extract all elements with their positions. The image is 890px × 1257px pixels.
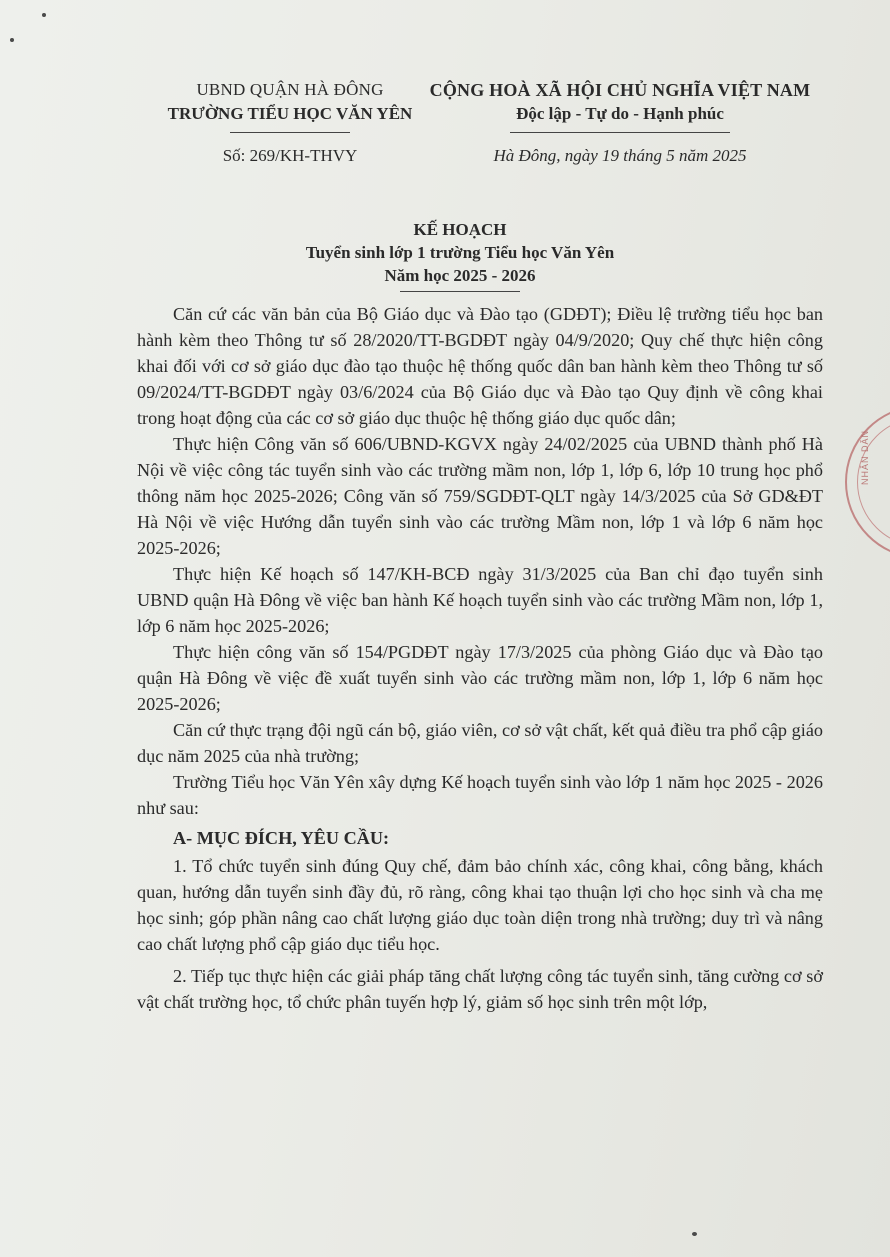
document-page: UBND QUẬN HÀ ĐÔNG TRƯỜNG TIỂU HỌC VĂN YÊ… <box>0 0 890 1257</box>
paragraph: Căn cứ thực trạng đội ngũ cán bộ, giáo v… <box>137 717 823 769</box>
issuer-underline <box>230 132 350 133</box>
scan-speck <box>692 1232 697 1236</box>
document-type: KẾ HOẠCH <box>250 218 670 241</box>
issuer-block: UBND QUẬN HÀ ĐÔNG TRƯỜNG TIỂU HỌC VĂN YÊ… <box>130 78 450 133</box>
paragraph: Thực hiện công văn số 154/PGDĐT ngày 17/… <box>137 639 823 717</box>
section-a-heading: A- MỤC ĐÍCH, YÊU CẦU: <box>137 823 823 853</box>
document-title: KẾ HOẠCH Tuyển sinh lớp 1 trường Tiểu họ… <box>250 218 670 292</box>
school-name: TRƯỜNG TIỂU HỌC VĂN YÊN <box>130 102 450 126</box>
section-a-item: 1. Tổ chức tuyển sinh đúng Quy chế, đảm … <box>137 853 823 957</box>
section-a-item: 2. Tiếp tục thực hiện các giải pháp tăng… <box>137 963 823 1015</box>
authority-name: UBND QUẬN HÀ ĐÔNG <box>130 78 450 102</box>
national-header: CỘNG HOÀ XÃ HỘI CHỦ NGHĨA VIỆT NAM Độc l… <box>420 78 820 133</box>
place-date: Hà Đông, ngày 19 tháng 5 năm 2025 <box>420 146 820 166</box>
paragraph: Thực hiện Kế hoạch số 147/KH-BCĐ ngày 31… <box>137 561 823 639</box>
paragraph: Căn cứ các văn bản của Bộ Giáo dục và Đà… <box>137 301 823 431</box>
scan-speck <box>42 13 46 17</box>
school-year: Năm học 2025 - 2026 <box>250 264 670 287</box>
document-number: Số: 269/KH-THVY <box>130 146 450 166</box>
document-subject: Tuyển sinh lớp 1 trường Tiểu học Văn Yên <box>250 241 670 264</box>
title-underline <box>400 291 520 292</box>
national-motto: Độc lập - Tự do - Hạnh phúc <box>420 102 820 126</box>
stamp-text: NHÂN DÂN <box>860 430 870 485</box>
paragraph: Thực hiện Công văn số 606/UBND-KGVX ngày… <box>137 431 823 561</box>
paragraph: Trường Tiểu học Văn Yên xây dựng Kế hoạc… <box>137 769 823 821</box>
national-title: CỘNG HOÀ XÃ HỘI CHỦ NGHĨA VIỆT NAM <box>420 78 820 102</box>
document-body: Căn cứ các văn bản của Bộ Giáo dục và Đà… <box>137 301 823 1015</box>
scan-speck <box>10 38 14 42</box>
motto-underline <box>510 132 730 133</box>
